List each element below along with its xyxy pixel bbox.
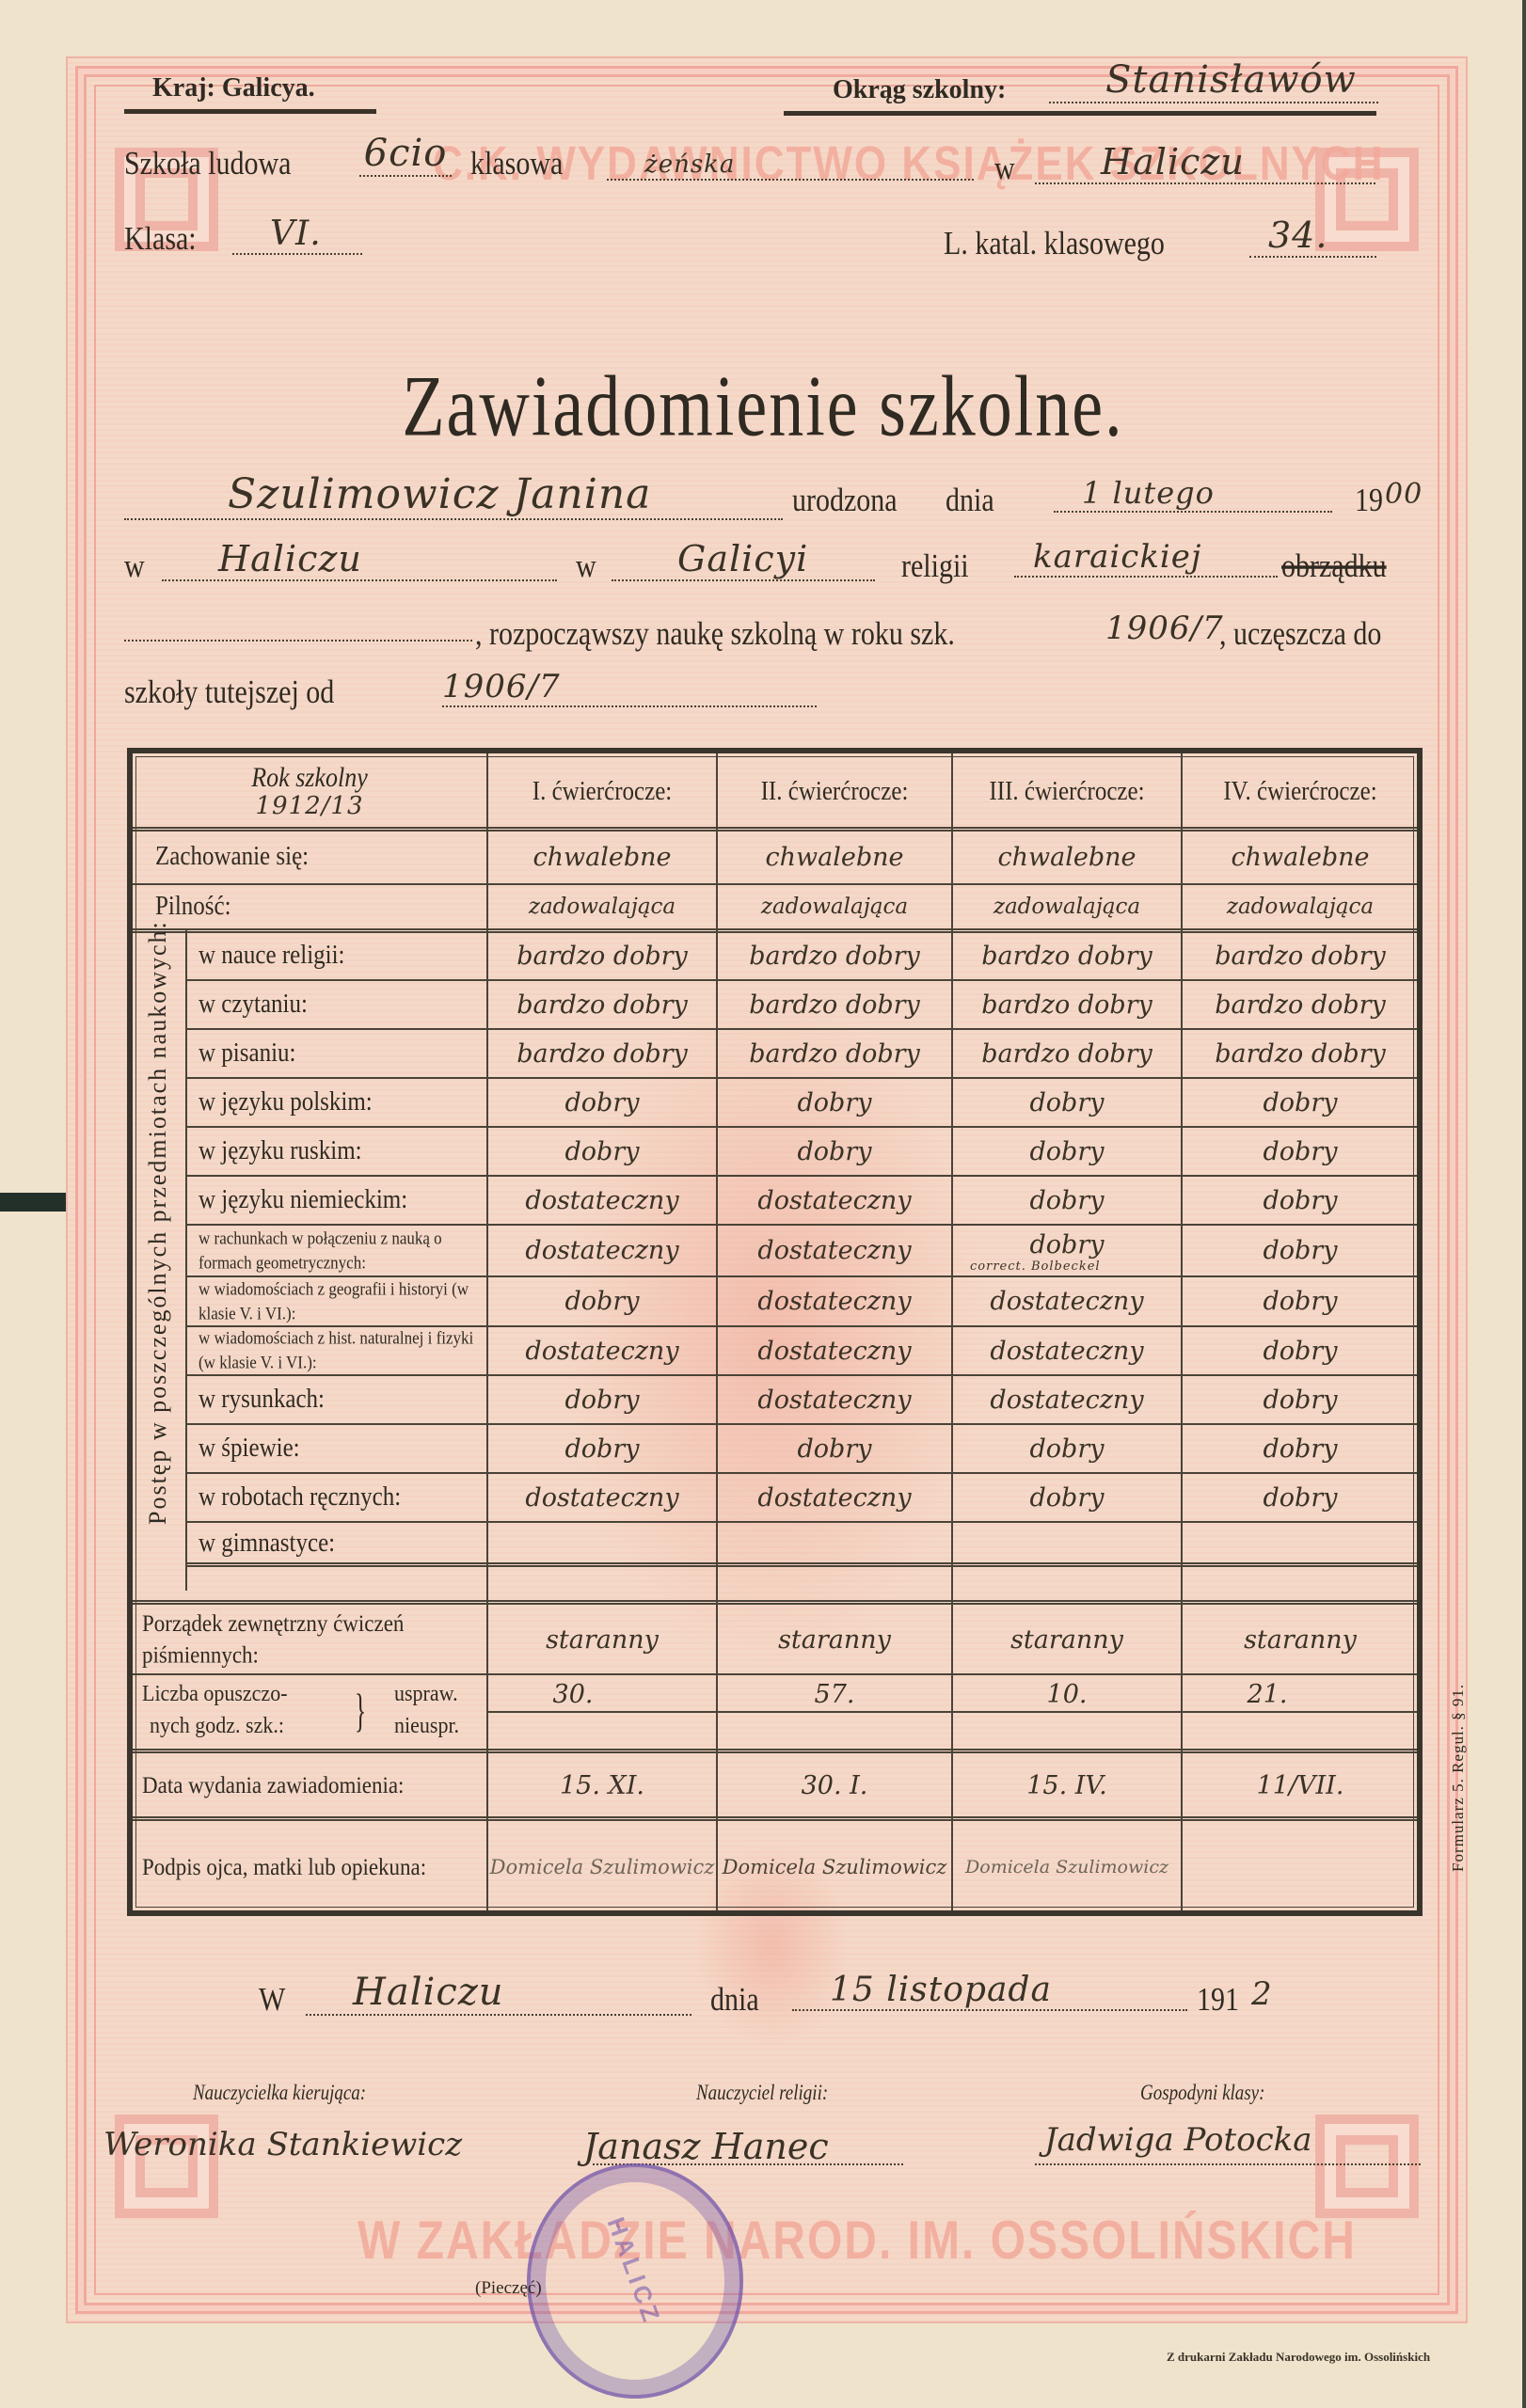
birth-place-prefix: w xyxy=(124,548,145,585)
grade-cell: dobry xyxy=(1183,1226,1418,1275)
grade-cell: dobry xyxy=(488,1277,716,1325)
grade-cell: chwalebne xyxy=(1183,831,1418,883)
parent-sign-label: Podpis ojca, matki lub opiekuna: xyxy=(142,1816,453,1918)
born-label: urodzona xyxy=(792,483,898,519)
religion-label: religii xyxy=(901,548,969,585)
issue-date-cell: 15. IV. xyxy=(953,1754,1181,1816)
school-place-prefix: w xyxy=(994,150,1015,187)
birth-year-printed: 19 xyxy=(1355,483,1383,519)
footer-place-value: Haliczu xyxy=(306,1971,691,2016)
catalog-label: L. katal. klasowego xyxy=(944,226,1165,262)
printer-note: Z drukarni Zakładu Narodowego im. Ossoli… xyxy=(1167,2350,1430,2365)
grade-cell: dobry xyxy=(1183,1425,1418,1472)
parent-signature xyxy=(1183,1822,1418,1912)
grade-cell: dobry xyxy=(953,1226,1181,1263)
order-label: Porządek zewnętrzny ćwiczeń piśmiennych: xyxy=(142,1602,481,1678)
class-label: Klasa: xyxy=(124,221,197,258)
grade-cell: dobry xyxy=(953,1425,1181,1472)
footer-date-value: 15 listopada xyxy=(792,1971,1187,2011)
grade-cell xyxy=(488,1523,716,1564)
grade-cell: dobry xyxy=(1183,1128,1418,1175)
started-year-value: 1906/7 xyxy=(1105,610,1224,647)
row-label-conduct: Zachowanie się: xyxy=(155,828,309,887)
grade-cell: zadowalająca xyxy=(718,885,951,928)
grade-cell: zadowalająca xyxy=(1183,885,1418,928)
school-since-value: 1906/7 xyxy=(442,668,817,707)
school-stamp-icon: HALICZ xyxy=(527,2163,743,2399)
grade-cell: dobry xyxy=(953,1177,1181,1224)
absence-excused-label: uspraw. xyxy=(394,1679,458,1706)
grade-cell: dobry xyxy=(1183,1474,1418,1521)
grade-cell: dobry xyxy=(953,1079,1181,1126)
school-year-header: Rok szkolny 1912/13 xyxy=(133,757,486,827)
brace-icon: } xyxy=(355,1679,366,1741)
grade-cell: chwalebne xyxy=(488,831,716,883)
stamp-text: HALICZ xyxy=(601,2213,667,2329)
grade-cell: dostateczny xyxy=(953,1376,1181,1423)
footer-year-value: 2 xyxy=(1251,1975,1273,2013)
grade-cell: dostateczny xyxy=(953,1327,1181,1374)
school-type-value: żeńska xyxy=(607,150,974,181)
birth-date-value: 1 lutego xyxy=(1054,475,1332,513)
absence-label-b: nych godz. szk.: xyxy=(150,1711,284,1738)
grade-cell: dobry xyxy=(488,1079,716,1126)
grade-cell: dostateczny xyxy=(718,1474,951,1521)
district-label: Okrąg szkolny: xyxy=(833,75,1006,105)
birth-year-value: 00 xyxy=(1385,478,1423,511)
grade-cell: dostateczny xyxy=(718,1277,951,1325)
grade-cell: dostateczny xyxy=(488,1327,716,1374)
grades-table: Rok szkolny 1912/13 I. ćwierćrocze: II. … xyxy=(127,748,1423,1916)
grade-cell: staranny xyxy=(1183,1606,1418,1673)
class-teacher-line xyxy=(1035,2163,1421,2165)
grade-cell: dobry xyxy=(1183,1079,1418,1126)
grade-cell: dostateczny xyxy=(718,1177,951,1224)
form-number-note: Formularz 5. Regul. § 91. xyxy=(1449,1684,1468,1872)
grade-cell: staranny xyxy=(718,1606,951,1673)
country-underline xyxy=(124,109,376,114)
grade-cell: dostateczny xyxy=(718,1226,951,1275)
class-teacher-label: Gospodyni klasy: xyxy=(1140,2082,1264,2106)
grade-cell: zadowalająca xyxy=(488,885,716,928)
rite-label-struck: obrządku xyxy=(1281,548,1387,585)
grade-cell: dobry xyxy=(488,1128,716,1175)
grade-cell: bardzo dobry xyxy=(953,981,1181,1028)
quarter-header-2: II. ćwierćrocze: xyxy=(718,753,951,832)
grade-cell: dobry xyxy=(718,1128,951,1175)
country-label: Kraj: Galicya. xyxy=(152,73,315,103)
subject-label: w rysunkach: xyxy=(199,1373,325,1426)
grade-cell: dostateczny xyxy=(718,1327,951,1374)
subject-label: w rachunkach w połączeniu z nauką o form… xyxy=(199,1223,481,1277)
subject-label: w języku polskim: xyxy=(199,1076,373,1129)
absence-unexcused-label: nieuspr. xyxy=(394,1711,459,1738)
absence-excused-cell: 30. xyxy=(488,1677,658,1711)
grade-cell: bardzo dobry xyxy=(718,932,951,979)
grade-cell: dostateczny xyxy=(488,1474,716,1521)
grade-cell: dostateczny xyxy=(488,1226,716,1275)
meander-ornament-icon xyxy=(1315,2115,1419,2218)
school-place-value: Haliczu xyxy=(1035,141,1375,184)
school-since-label: szkoły tutejszej od xyxy=(124,674,334,711)
grade-cell: dobry xyxy=(488,1425,716,1472)
school-type-label: klasowa xyxy=(470,146,563,182)
subject-label: w języku niemieckim: xyxy=(199,1174,407,1227)
quarter-header-4: IV. ćwierćrocze: xyxy=(1183,753,1418,832)
subject-label: w czytaniu: xyxy=(199,978,308,1031)
footer-place-prefix: W xyxy=(259,1982,285,2019)
quarter-header-1: I. ćwierćrocze: xyxy=(488,753,716,832)
issue-date-cell: 30. I. xyxy=(718,1754,951,1816)
absence-excused-cell: 21. xyxy=(1183,1677,1352,1711)
grade-cell: bardzo dobry xyxy=(718,1030,951,1077)
grade-cell: bardzo dobry xyxy=(488,981,716,1028)
page-title: Zawiadomienie szkolne. xyxy=(0,357,1526,457)
grade-cell: bardzo dobry xyxy=(1183,932,1418,979)
grade-cell: bardzo dobry xyxy=(953,932,1181,979)
subject-label: w gimnastyce: xyxy=(199,1520,335,1566)
head-teacher-label: Nauczycielka kierująca: xyxy=(193,2082,366,2106)
attends-text: , uczęszcza do xyxy=(1219,616,1381,653)
grade-cell: dostateczny xyxy=(953,1277,1181,1325)
grade-cell: bardzo dobry xyxy=(1183,981,1418,1028)
issue-date-cell: 15. XI. xyxy=(488,1754,716,1816)
grade-cell: bardzo dobry xyxy=(488,932,716,979)
catalog-value: 34. xyxy=(1249,214,1376,258)
grade-cell: dobry xyxy=(1183,1327,1418,1374)
grade-cell: staranny xyxy=(488,1606,716,1673)
started-text: , rozpocząwszy naukę szkolną w roku szk. xyxy=(475,616,955,653)
grade-cell: dobry xyxy=(953,1474,1181,1521)
grade-cell: dobry xyxy=(1183,1376,1418,1423)
grade-cell: dostateczny xyxy=(488,1177,716,1224)
printer-watermark: W ZAKŁADZIE NAROD. IM. OSSOLIŃSKICH xyxy=(358,2210,1357,2273)
region-value: Galicyi xyxy=(612,538,875,581)
school-year-value: 1912/13 xyxy=(255,792,363,820)
footer-year-printed: 191 xyxy=(1197,1982,1239,2019)
parent-signature: Domicela Szulimowicz xyxy=(488,1822,716,1912)
seal-label: (Pieczęć) xyxy=(475,2278,542,2299)
grade-cell: bardzo dobry xyxy=(718,981,951,1028)
absence-excused-cell: 57. xyxy=(718,1677,951,1711)
grade-cell: dobry xyxy=(1183,1277,1418,1325)
grade-cell: dobry xyxy=(1183,1177,1418,1224)
student-name-value: Szulimowicz Janina xyxy=(124,470,783,520)
school-label: Szkoła ludowa xyxy=(124,146,291,182)
birth-place-value: Haliczu xyxy=(162,538,557,581)
subject-label: w wiadomościach z hist. naturalnej i fiz… xyxy=(199,1325,481,1377)
issue-date-cell: 11/VII. xyxy=(1183,1754,1418,1816)
grade-cell: dostateczny xyxy=(718,1376,951,1423)
religion-teacher-signature: Janasz Hanec xyxy=(583,2126,829,2167)
grade-cell: zadowalająca xyxy=(953,885,1181,928)
grade-cell: chwalebne xyxy=(953,831,1181,883)
school-year-label: Rok szkolny xyxy=(251,762,367,794)
grade-cell: dobry xyxy=(718,1079,951,1126)
grade-cell xyxy=(953,1523,1181,1564)
class-value: VI. xyxy=(232,214,362,255)
parent-signature: Domicela Szulimowicz xyxy=(953,1822,1181,1912)
head-teacher-signature: Weronika Stankiewicz xyxy=(103,2126,462,2163)
grade-cell: chwalebne xyxy=(718,831,951,883)
grade-cell: dobry xyxy=(953,1128,1181,1175)
class-teacher-signature: Jadwiga Potocka xyxy=(1044,2121,1312,2159)
subject-label: w nauce religii: xyxy=(199,929,345,982)
subject-label: w wiadomościach z geografii i historyi (… xyxy=(199,1275,481,1327)
grade-cell: staranny xyxy=(953,1606,1181,1673)
grade-cell: dobry xyxy=(718,1425,951,1472)
district-underline xyxy=(784,111,1376,116)
issue-date-label: Data wydania zawiadomienia: xyxy=(142,1751,481,1820)
grade-cell: bardzo dobry xyxy=(953,1030,1181,1077)
birth-day-label: dnia xyxy=(946,483,994,519)
religion-teacher-label: Nauczyciel religii: xyxy=(696,2082,828,2106)
grade-cell xyxy=(718,1523,951,1564)
subject-label: w pisaniu: xyxy=(199,1027,295,1080)
subject-label: w robotach ręcznych: xyxy=(199,1471,401,1524)
grade-cell: bardzo dobry xyxy=(488,1030,716,1077)
subject-label: w śpiewie: xyxy=(199,1422,300,1475)
blank-dotted-line xyxy=(124,640,472,642)
grade-cell xyxy=(1183,1523,1418,1564)
region-prefix: w xyxy=(576,548,596,585)
quarter-header-3: III. ćwierćrocze: xyxy=(953,753,1181,832)
absence-excused-cell: 10. xyxy=(953,1677,1181,1711)
religion-value: karaickiej xyxy=(1014,538,1278,578)
progress-group-label: Postęp w poszczególnych przedmiotach nau… xyxy=(144,920,172,1525)
grade-cell: dobry xyxy=(488,1376,716,1423)
district-value: Stanisławów xyxy=(1049,58,1378,103)
footer-day-label: dnia xyxy=(710,1982,759,2019)
parent-signature: Domicela Szulimowicz xyxy=(718,1822,951,1912)
school-classes-value: 6cio xyxy=(359,132,452,177)
subject-label: w języku ruskim: xyxy=(199,1125,362,1178)
correction-note: correct. Bolbeckel xyxy=(970,1259,1101,1274)
grade-cell: bardzo dobry xyxy=(1183,1030,1418,1077)
absence-label-a: Liczba opuszczo- xyxy=(142,1679,288,1706)
